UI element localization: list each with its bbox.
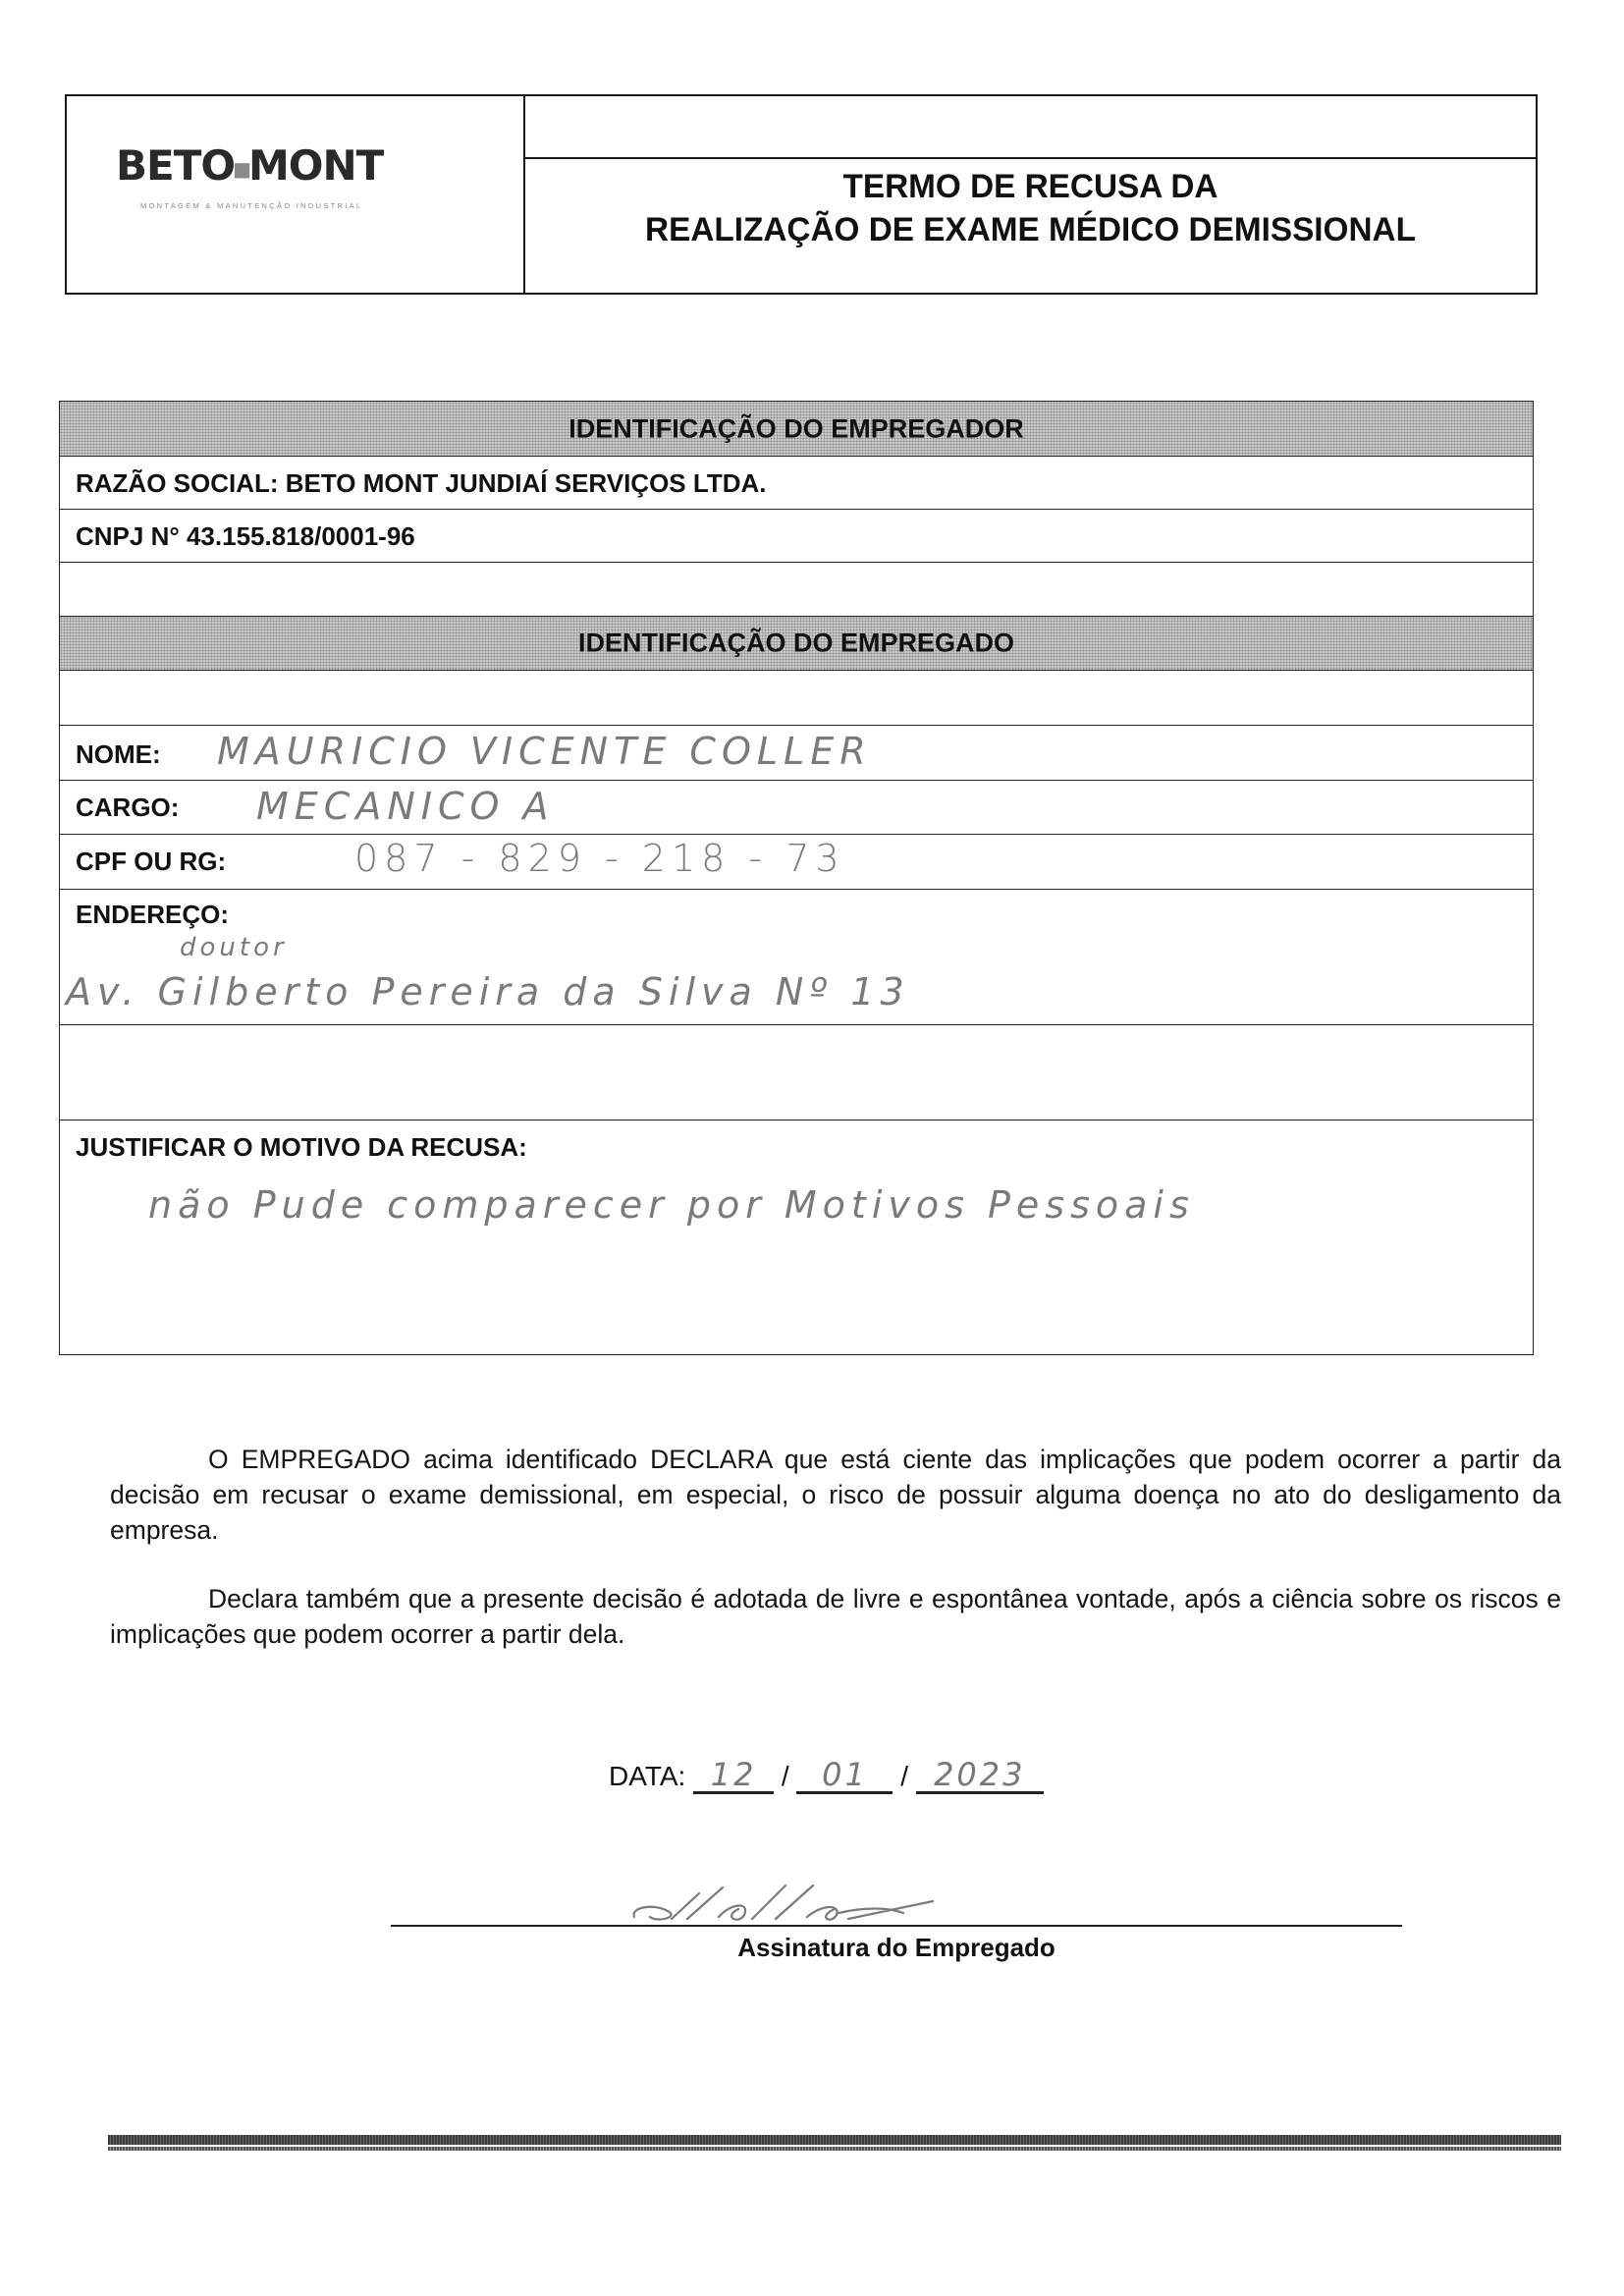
document-header: BETO■MONT MONTAGEM & MANUTENÇÃO INDUSTRI…: [65, 94, 1538, 295]
refusal-form: IDENTIFICAÇÃO DO EMPREGADOR RAZÃO SOCIAL…: [59, 401, 1534, 1355]
signature-line[interactable]: [391, 1925, 1402, 1927]
cpf-rg-row[interactable]: CPF OU RG: 087 - 829 - 218 - 73: [60, 835, 1533, 890]
date-line: DATA: 12 / 01 / 2023: [609, 1758, 1044, 1794]
cargo-field[interactable]: MECANICO A: [256, 785, 554, 828]
nome-label: NOME:: [76, 739, 161, 770]
cnpj-row: CNPJ N° 43.155.818/0001-96: [60, 510, 1533, 563]
signature-label: Assinatura do Empregado: [391, 1933, 1402, 1963]
logo-name-part2: MONT: [248, 141, 383, 190]
nome-field[interactable]: MAURICIO VICENTE COLLER: [217, 730, 872, 773]
employee-section-header: IDENTIFICAÇÃO DO EMPREGADO: [60, 617, 1533, 671]
justification-row[interactable]: JUSTIFICAR O MOTIVO DA RECUSA: não Pude …: [60, 1121, 1533, 1356]
cpf-rg-field[interactable]: 087 - 829 - 218 - 73: [354, 837, 845, 880]
nome-row[interactable]: NOME: MAURICIO VICENTE COLLER: [60, 726, 1533, 781]
razao-social-row: RAZÃO SOCIAL: BETO MONT JUNDIAÍ SERVIÇOS…: [60, 457, 1533, 510]
declaration-paragraph-1: O EMPREGADO acima identificado DECLARA q…: [110, 1442, 1561, 1548]
company-logo: BETO■MONT: [116, 141, 383, 190]
endereco-field[interactable]: Av. Gilberto Pereira da Silva Nº 13: [66, 970, 910, 1013]
logo-cell: BETO■MONT MONTAGEM & MANUTENÇÃO INDUSTRI…: [67, 96, 525, 293]
footer-divider: [108, 2135, 1561, 2145]
employee-section-title: IDENTIFICAÇÃO DO EMPREGADO: [60, 629, 1533, 659]
date-day-field[interactable]: 12: [693, 1758, 774, 1794]
justification-field[interactable]: não Pude comparecer por Motivos Pessoais: [148, 1183, 1195, 1227]
justification-label: JUSTIFICAR O MOTIVO DA RECUSA:: [76, 1132, 527, 1163]
title-line-2: REALIZAÇÃO DE EXAME MÉDICO DEMISSIONAL: [535, 208, 1525, 251]
date-label: DATA:: [609, 1761, 685, 1791]
logo-tagline: MONTAGEM & MANUTENÇÃO INDUSTRIAL: [140, 201, 362, 210]
employer-blank-row: [60, 563, 1533, 617]
endereco-insertion-text: doutor: [180, 933, 288, 962]
cnpj-text: CNPJ N° 43.155.818/0001-96: [76, 521, 415, 552]
title-blank-cell: [525, 96, 1536, 159]
employer-section-header: IDENTIFICAÇÃO DO EMPREGADOR: [60, 402, 1533, 457]
endereco-blank-row: [60, 1025, 1533, 1121]
cargo-label: CARGO:: [76, 793, 179, 823]
endereco-label: ENDEREÇO:: [76, 900, 229, 930]
date-year-field[interactable]: 2023: [916, 1758, 1044, 1794]
cargo-row[interactable]: CARGO: MECANICO A: [60, 781, 1533, 835]
document-title: TERMO DE RECUSA DA REALIZAÇÃO DE EXAME M…: [535, 165, 1525, 251]
employee-blank-row: [60, 671, 1533, 726]
employer-section-title: IDENTIFICAÇÃO DO EMPREGADOR: [60, 413, 1533, 444]
footer-divider-thin: [108, 2147, 1561, 2151]
declaration-paragraph-1-text: O EMPREGADO acima identificado DECLARA q…: [110, 1445, 1561, 1545]
date-separator: /: [782, 1761, 789, 1791]
signature-scribble-icon: [628, 1874, 982, 1929]
date-separator: /: [900, 1761, 908, 1791]
title-line-1: TERMO DE RECUSA DA: [535, 165, 1525, 208]
logo-name-part1: BETO: [116, 141, 235, 190]
date-month-field[interactable]: 01: [796, 1758, 893, 1794]
razao-social-text: RAZÃO SOCIAL: BETO MONT JUNDIAÍ SERVIÇOS…: [76, 468, 766, 499]
declaration-paragraph-2: Declara também que a presente decisão é …: [110, 1581, 1561, 1652]
cpf-rg-label: CPF OU RG:: [76, 847, 226, 877]
declaration-paragraph-2-text: Declara também que a presente decisão é …: [110, 1584, 1561, 1649]
endereco-row[interactable]: ENDEREÇO: doutor Av. Gilberto Pereira da…: [60, 890, 1533, 1025]
